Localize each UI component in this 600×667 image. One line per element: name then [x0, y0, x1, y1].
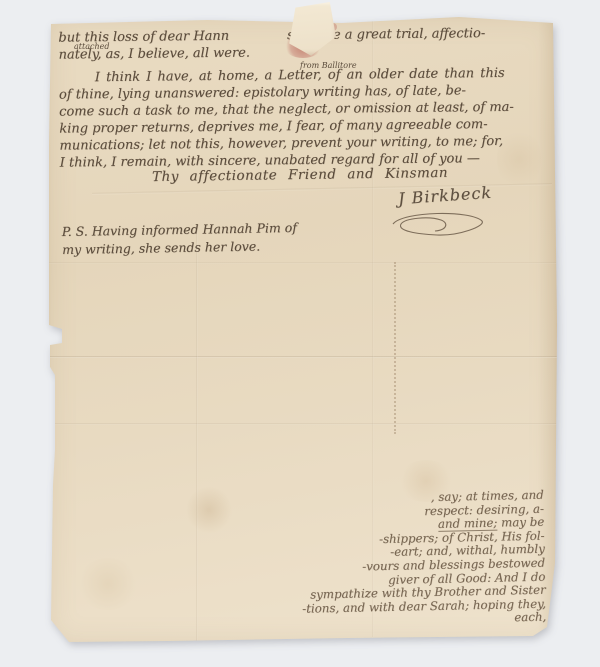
fold-crease-horizontal	[47, 262, 558, 264]
postscript: P. S. Having informed Hannah Pim of my w…	[62, 219, 298, 259]
closing-line: Thy affectionate Friend and Kinsman	[152, 165, 448, 185]
show-through-text: , say; at times, and respect: desiring, …	[224, 489, 547, 632]
fold-crease-horizontal	[47, 356, 558, 358]
letter-scan: but this loss of dear Hannst prove a gre…	[0, 0, 600, 667]
postscript-line: my writing, she sends her love.	[62, 237, 297, 259]
interlinear-insertion: from Ballitore	[300, 61, 357, 70]
fold-crease-vertical	[196, 230, 198, 642]
letter-page: but this loss of dear Hannst prove a gre…	[47, 15, 558, 646]
fold-crease-horizontal	[47, 423, 558, 425]
signature-flourish	[385, 207, 490, 241]
paper-stain	[77, 558, 139, 610]
stitch-holes-line	[394, 262, 396, 434]
paper-shadow-wrap: but this loss of dear Hannst prove a gre…	[0, 0, 600, 667]
fragment-rest: may be	[497, 515, 544, 530]
seal-tear-gap	[229, 39, 287, 40]
interlinear-insertion: attached	[74, 42, 109, 51]
